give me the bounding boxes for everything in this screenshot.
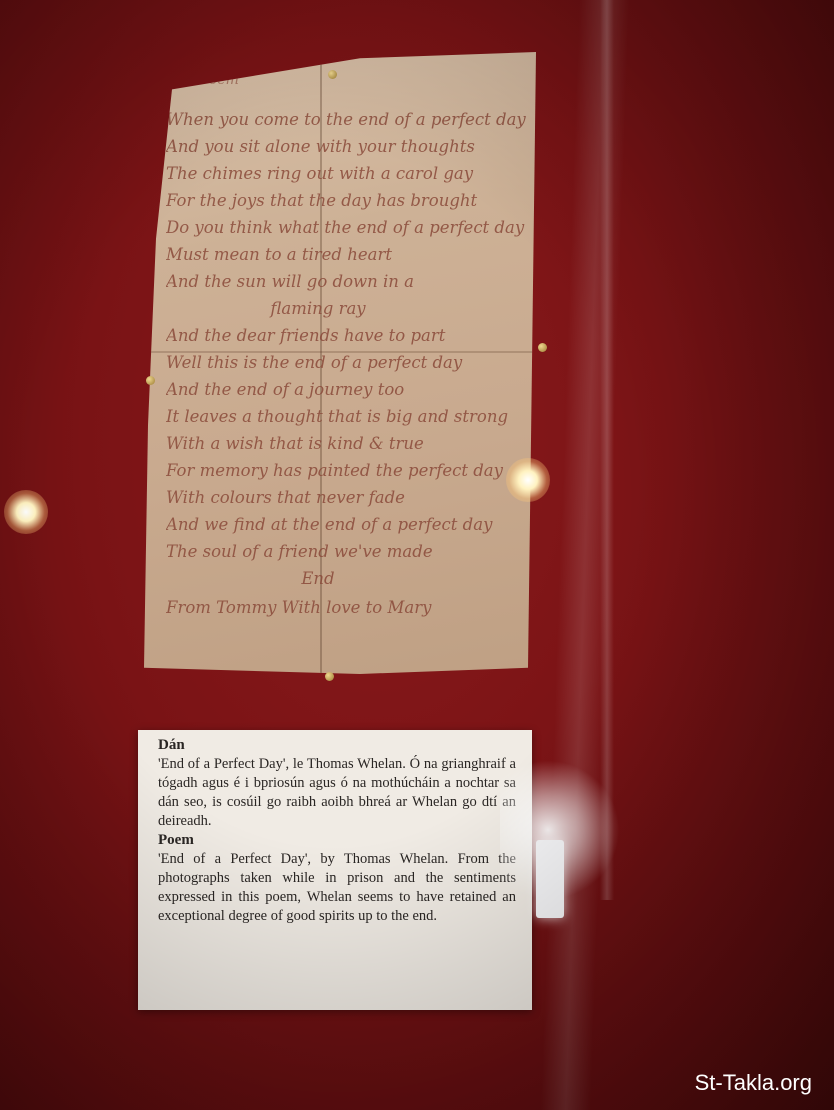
label-irish-heading: Dán xyxy=(158,736,516,755)
light-reflection xyxy=(506,458,550,502)
letter-body: When you come to the end of a perfect da… xyxy=(166,106,530,621)
pin-icon xyxy=(328,70,337,79)
letter-line: And the sun will go down in a xyxy=(166,268,530,295)
pin-icon xyxy=(325,672,334,681)
light-reflection xyxy=(536,840,564,918)
letter-line: And you sit alone with your thoughts xyxy=(166,133,530,160)
letter-line: flaming ray xyxy=(166,295,530,322)
info-label: Dán 'End of a Perfect Day', le Thomas Wh… xyxy=(138,730,532,1010)
letter-line: Well this is the end of a perfect day xyxy=(166,349,530,376)
letter-heading: Poem xyxy=(200,72,239,88)
letter-line: For memory has painted the perfect day xyxy=(166,457,530,484)
handwritten-letter: Poem When you come to the end of a perfe… xyxy=(140,52,540,674)
letter-line: For the joys that the day has brought xyxy=(166,187,530,214)
watermark: St-Takla.org xyxy=(695,1070,812,1096)
letter-signature: From Tommy With love to Mary xyxy=(166,594,530,621)
label-english-heading: Poem xyxy=(158,831,516,850)
pin-icon xyxy=(146,376,155,385)
letter-line: Must mean to a tired heart xyxy=(166,241,530,268)
letter-line: With colours that never fade xyxy=(166,484,530,511)
letter-line: End xyxy=(166,565,530,592)
letter-line: The soul of a friend we've made xyxy=(166,538,530,565)
light-reflection xyxy=(4,490,48,534)
label-irish-text: 'End of a Perfect Day', le Thomas Whelan… xyxy=(158,755,516,831)
glass-reflection xyxy=(541,0,630,1110)
letter-line: It leaves a thought that is big and stro… xyxy=(166,403,530,430)
letter-line: The chimes ring out with a carol gay xyxy=(166,160,530,187)
pin-icon xyxy=(538,343,547,352)
letter-line: Do you think what the end of a perfect d… xyxy=(166,214,530,241)
letter-line: When you come to the end of a perfect da… xyxy=(166,106,530,133)
letter-line: And we find at the end of a perfect day xyxy=(166,511,530,538)
letter-line: And the dear friends have to part xyxy=(166,322,530,349)
label-english-text: 'End of a Perfect Day', by Thomas Whelan… xyxy=(158,850,516,926)
letter-line: With a wish that is kind & true xyxy=(166,430,530,457)
letter-line: And the end of a journey too xyxy=(166,376,530,403)
